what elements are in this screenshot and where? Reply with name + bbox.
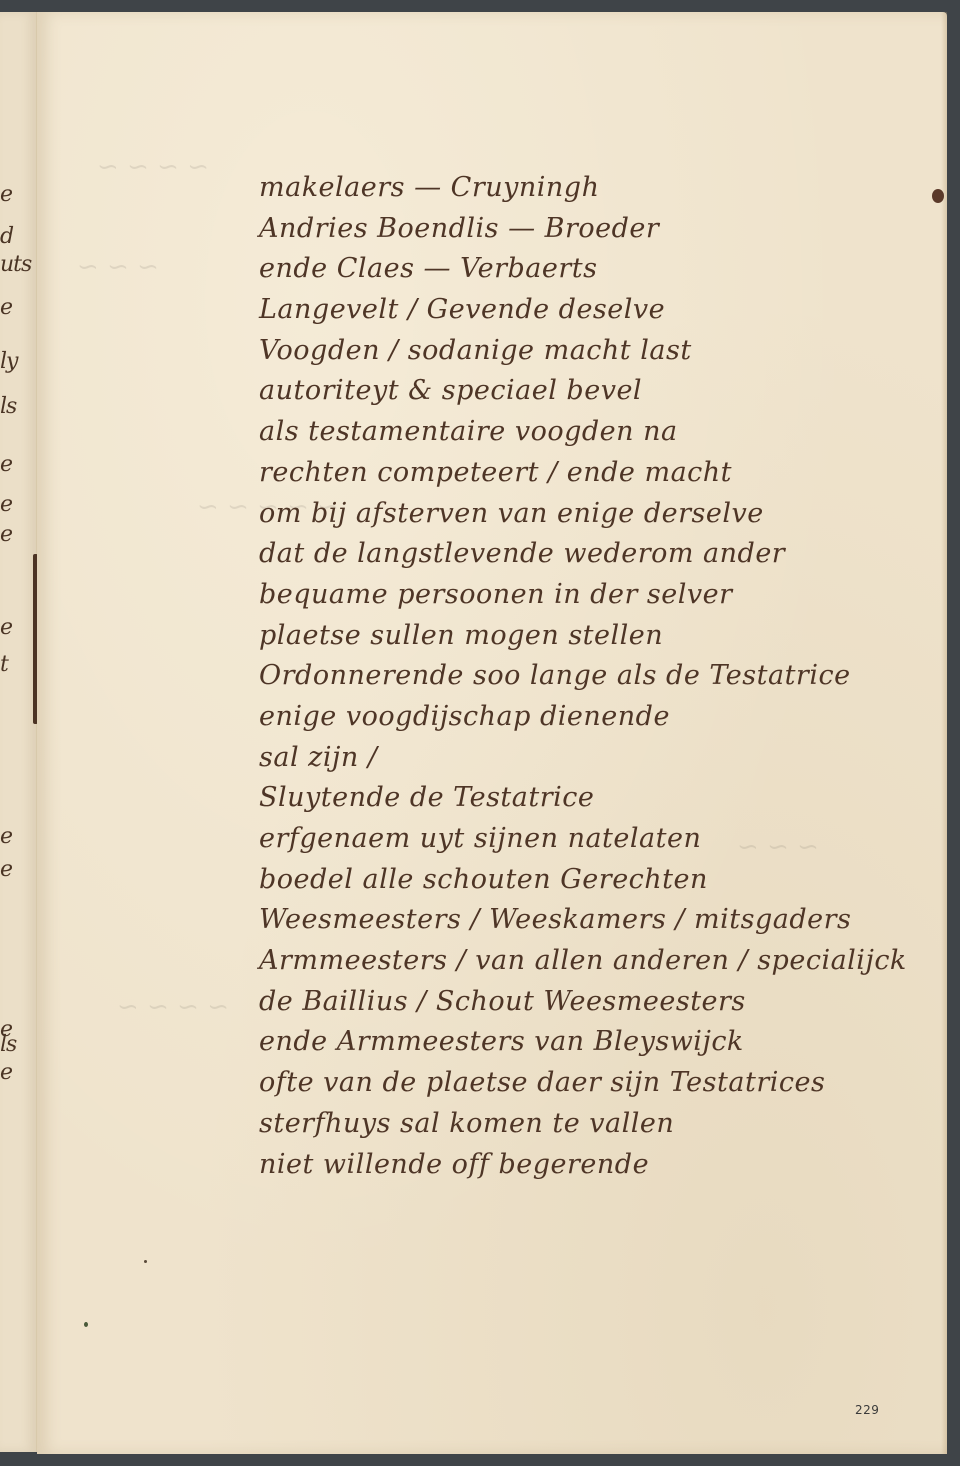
manuscript-line: ende Claes — Verbaerts bbox=[259, 249, 939, 290]
line-text: sal zijn / bbox=[259, 742, 377, 773]
manuscript-line: Sluytende de Testatrice bbox=[259, 778, 939, 819]
line-text: enige voogdijschap dienende bbox=[259, 701, 670, 732]
manuscript-line: makelaers — Cruyningh bbox=[259, 168, 939, 209]
page-edge-shadow bbox=[941, 12, 947, 1454]
line-text: de Baillius / Schout Weesmeesters bbox=[259, 986, 746, 1017]
verso-text-fragment: ls bbox=[0, 1032, 16, 1057]
manuscript-line: bequame persoonen in der selver bbox=[259, 575, 939, 616]
manuscript-line: rechten competeert / ende macht bbox=[259, 453, 939, 494]
line-text: sterfhuys sal komen te vallen bbox=[259, 1108, 674, 1139]
verso-text-fragment: ly bbox=[0, 349, 17, 374]
manuscript-line: erfgenaem uyt sijnen natelaten bbox=[259, 819, 939, 860]
manuscript-line: autoriteyt & speciael bevel bbox=[259, 371, 939, 412]
manuscript-line: ende Armmeesters van Bleyswijck bbox=[259, 1022, 939, 1063]
line-text: plaetse sullen mogen stellen bbox=[259, 620, 663, 651]
verso-text-fragment: e bbox=[0, 295, 12, 320]
verso-text-fragment: e bbox=[0, 824, 12, 849]
line-text: om bij afsterven van enige derselve bbox=[259, 498, 764, 529]
manuscript-line: ofte van de plaetse daer sijn Testatrice… bbox=[259, 1063, 939, 1104]
line-text: Andries Boendlis — Broeder bbox=[259, 213, 659, 244]
verso-text-fragment: e bbox=[0, 615, 12, 640]
line-text: makelaers — Cruyningh bbox=[259, 172, 599, 203]
verso-text-fragment: e bbox=[0, 857, 12, 882]
line-text: ofte van de plaetse daer sijn Testatrice… bbox=[259, 1067, 825, 1098]
line-text: erfgenaem uyt sijnen natelaten bbox=[259, 823, 701, 854]
manuscript-line: Armmeesters / van allen anderen / specia… bbox=[259, 941, 939, 982]
verso-page-edge: e d uts e ly ls e e e e t e e e ls e bbox=[0, 12, 37, 1452]
line-text: als testamentaire voogden na bbox=[259, 416, 678, 447]
manuscript-line: boedel alle schouten Gerechten bbox=[259, 860, 939, 901]
line-text: Sluytende de Testatrice bbox=[259, 782, 594, 813]
line-text: dat de langstlevende wederom ander bbox=[259, 538, 785, 569]
manuscript-line: plaetse sullen mogen stellen bbox=[259, 616, 939, 657]
recto-page: ~ ~ ~ ~ ~ ~ ~ ~ ~ ~ ~ ~ ~ ~ ~ ~ ~ ~ ~ ma… bbox=[37, 12, 947, 1454]
bleed-through-writing: ~ ~ ~ bbox=[77, 252, 159, 282]
manuscript-line: sal zijn / bbox=[259, 738, 939, 779]
line-text: autoriteyt & speciael bevel bbox=[259, 375, 642, 406]
manuscript-line: niet willende off begerende bbox=[259, 1145, 939, 1186]
line-text: boedel alle schouten Gerechten bbox=[259, 864, 708, 895]
manuscript-line: als testamentaire voogden na bbox=[259, 412, 939, 453]
paper-spot bbox=[144, 1260, 147, 1263]
paper-spot bbox=[84, 1322, 88, 1327]
manuscript-line: Voogden / sodanige macht last bbox=[259, 331, 939, 372]
verso-text-fragment: e bbox=[0, 522, 12, 547]
line-text: Armmeesters / van allen anderen / specia… bbox=[259, 945, 907, 976]
manuscript-line: Weesmeesters / Weeskamers / mitsgaders bbox=[259, 900, 939, 941]
manuscript-line: om bij afsterven van enige derselve bbox=[259, 494, 939, 535]
manuscript-text-block: makelaers — Cruyningh Andries Boendlis —… bbox=[259, 168, 939, 1185]
verso-text-fragment: e bbox=[0, 182, 12, 207]
folio-number: 229 bbox=[855, 1403, 879, 1417]
line-text: Ordonnerende soo lange als de Testatrice bbox=[259, 660, 851, 691]
line-text: bequame persoonen in der selver bbox=[259, 579, 733, 610]
line-text: Voogden / sodanige macht last bbox=[259, 335, 692, 366]
line-text: Weesmeesters / Weeskamers / mitsgaders bbox=[259, 904, 851, 935]
verso-text-fragment: t bbox=[0, 652, 8, 677]
manuscript-line: sterfhuys sal komen te vallen bbox=[259, 1104, 939, 1145]
line-text: ende Claes — Verbaerts bbox=[259, 253, 597, 284]
bleed-through-writing: ~ ~ ~ ~ bbox=[117, 992, 229, 1022]
line-text: ende Armmeesters van Bleyswijck bbox=[259, 1026, 744, 1057]
line-text: rechten competeert / ende macht bbox=[259, 457, 732, 488]
bleed-through-writing: ~ ~ ~ ~ bbox=[97, 152, 209, 182]
verso-text-fragment: uts bbox=[0, 252, 31, 277]
line-text: Langevelt / Gevende deselve bbox=[259, 294, 665, 325]
manuscript-line: Andries Boendlis — Broeder bbox=[259, 209, 939, 250]
verso-text-fragment: e bbox=[0, 492, 12, 517]
manuscript-line: Ordonnerende soo lange als de Testatrice bbox=[259, 656, 939, 697]
manuscript-line: enige voogdijschap dienende bbox=[259, 697, 939, 738]
manuscript-line: de Baillius / Schout Weesmeesters bbox=[259, 982, 939, 1023]
manuscript-line: Langevelt / Gevende deselve bbox=[259, 290, 939, 331]
line-text: niet willende off begerende bbox=[259, 1149, 649, 1180]
verso-text-fragment: e bbox=[0, 452, 12, 477]
verso-text-fragment: e bbox=[0, 1060, 12, 1085]
verso-text-fragment: ls bbox=[0, 394, 16, 419]
verso-text-fragment: d bbox=[0, 224, 13, 249]
manuscript-line: dat de langstlevende wederom ander bbox=[259, 534, 939, 575]
